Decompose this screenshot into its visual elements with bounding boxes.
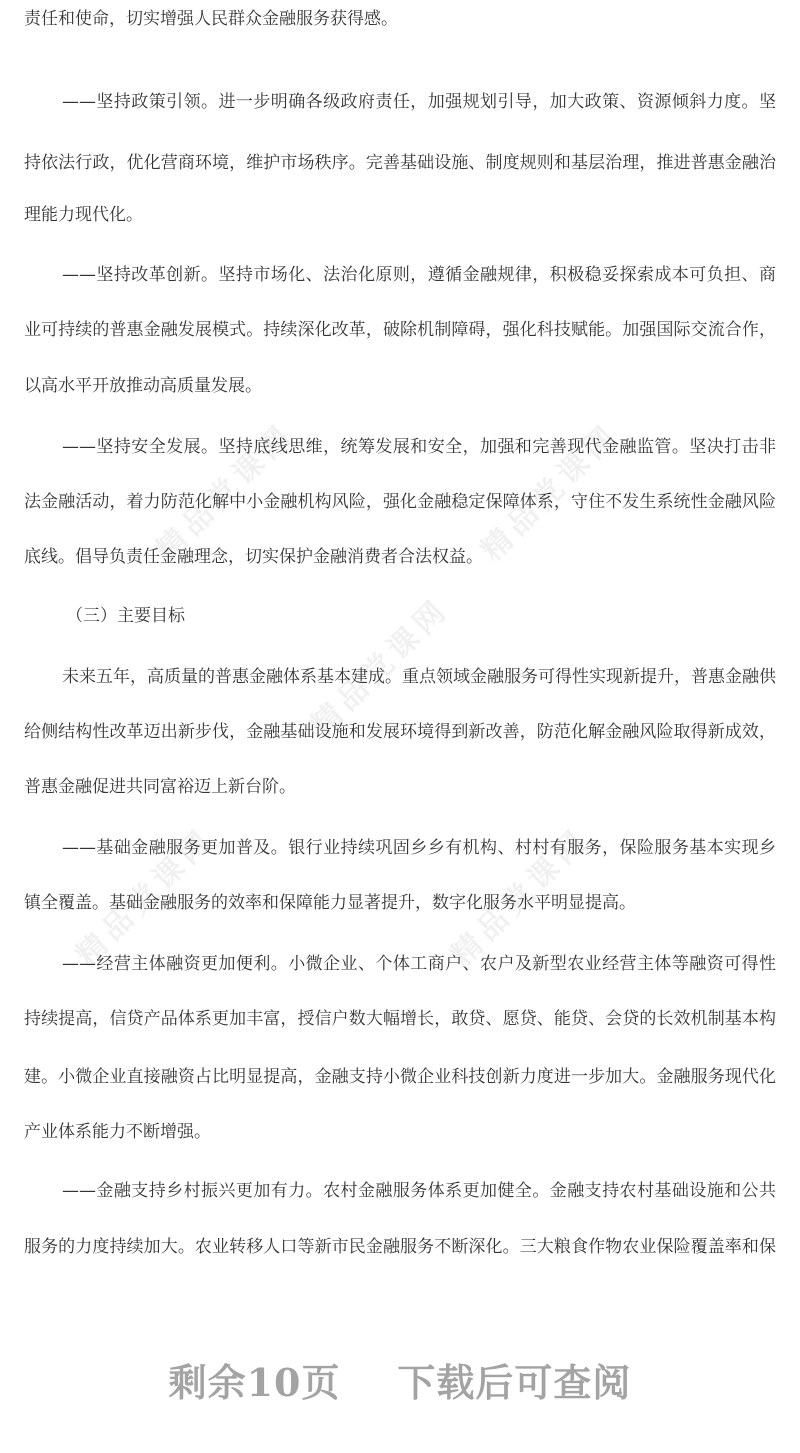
paragraph-line: 建。小微企业直接融资占比明显提高，金融支持小微企业科技创新力度进一步加大。金融服… — [24, 1066, 776, 1088]
paragraph-line: 责任和使命，切实增强人民群众金融服务获得感。 — [24, 8, 776, 30]
paragraph-line: 给侧结构性改革迈出新步伐，金融基础设施和发展环境得到新改善，防范化解金融风险取得… — [24, 721, 776, 743]
paragraph-line: 镇全覆盖。基础金融服务的效率和保障能力显著提升，数字化服务水平明显提高。 — [24, 892, 776, 914]
document-page: 精品党课网 精品党课网 精品党课网 精品党课网 精品党课网 责任和使命，切实增强… — [0, 0, 800, 1453]
paragraph-line: 持续提高，信贷产品体系更加丰富，授信户数大幅增长，敢贷、愿贷、能贷、会贷的长效机… — [24, 1008, 776, 1030]
section-heading: （三）主要目标 — [66, 605, 185, 627]
paragraph-line: ——基础金融服务更加普及。银行业持续巩固乡乡有机构、村村有服务，保险服务基本实现… — [62, 837, 776, 859]
paragraph-line: 法金融活动，着力防范化解中小金融机构风险，强化金融稳定保障体系，守住不发生系统性… — [24, 491, 776, 513]
paragraph-line: 未来五年，高质量的普惠金融体系基本建成。重点领域金融服务可得性实现新提升，普惠金… — [62, 666, 776, 688]
paragraph-line: 产业体系能力不断增强。 — [24, 1121, 776, 1143]
paragraph-line: ——经营主体融资更加便利。小微企业、个体工商户、农户及新型农业经营主体等融资可得… — [62, 953, 776, 975]
paragraph-line: 服务的力度持续加大。农业转移人口等新市民金融服务不断深化。三大粮食作物农业保险覆… — [24, 1236, 776, 1258]
paragraph-line: 业可持续的普惠金融发展模式。持续深化改革，破除机制障碍，强化科技赋能。加强国际交… — [24, 319, 776, 341]
paragraph-line: 底线。倡导负责任金融理念，切实保护金融消费者合法权益。 — [24, 546, 776, 568]
paragraph-line: ——坚持安全发展。坚持底线思维，统筹发展和安全，加强和完善现代金融监管。坚决打击… — [62, 436, 776, 458]
paragraph-line: ——金融支持乡村振兴更加有力。农村金融服务体系更加健全。金融支持农村基础设施和公… — [62, 1180, 776, 1202]
paragraph-line: ——坚持改革创新。坚持市场化、法治化原则，遵循金融规律，积极稳妥探索成本可负担、… — [62, 264, 776, 286]
paragraph-line: ——坚持政策引领。进一步明确各级政府责任，加强规划引导，加大政策、资源倾斜力度。… — [62, 91, 776, 113]
paragraph-line: 普惠金融促进共同富裕迈上新台阶。 — [24, 776, 776, 798]
paragraph-line: 以高水平开放推动高质量发展。 — [24, 375, 776, 397]
paragraph-line: 持依法行政，优化营商环境，维护市场秩序。完善基础设施、制度规则和基层治理，推进普… — [24, 152, 776, 174]
remaining-pages-banner[interactable]: 剩余10页 下载后可查阅 — [0, 1352, 800, 1407]
paragraph-line: 理能力现代化。 — [24, 204, 776, 226]
